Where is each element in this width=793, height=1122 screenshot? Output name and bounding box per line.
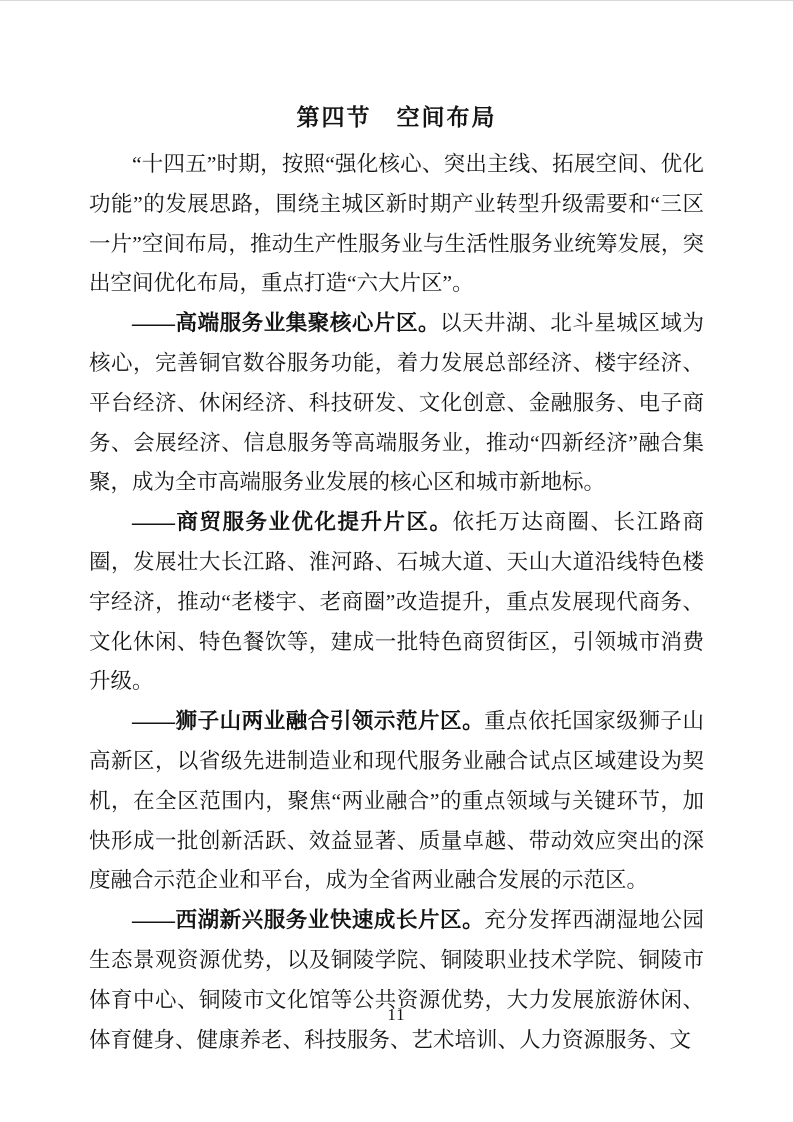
paragraph-lead: ——狮子山两业融合引领示范片区。 (132, 709, 484, 733)
paragraph-intro: “十四五”时期，按照“强化核心、突出主线、拓展空间、优化功能”的发展思路，围绕主… (89, 145, 704, 304)
paragraph-text: 以天井湖、北斗星城区域为核心，完善铜官数谷服务功能，着力发展总部经济、楼宇经济、… (89, 311, 704, 494)
paragraph-lead: ——商贸服务业优化提升片区。 (132, 510, 452, 534)
paragraph-text: 依托万达商圈、长江路商圈，发展壮大长江路、淮河路、石城大道、天山大道沿线特色楼宇… (89, 510, 704, 693)
paragraph-text: 重点依托国家级狮子山高新区，以省级先进制造业和现代服务业融合试点区域建设为契机，… (89, 709, 704, 892)
paragraph-lead: ——西湖新兴服务业快速成长片区。 (132, 908, 484, 932)
paragraph-high-end-services: ——高端服务业集聚核心片区。以天井湖、北斗星城区域为核心，完善铜官数谷服务功能，… (89, 304, 704, 503)
section-title: 第四节 空间布局 (89, 101, 704, 135)
paragraph-commerce-services: ——商贸服务业优化提升片区。依托万达商圈、长江路商圈，发展壮大长江路、淮河路、石… (89, 503, 704, 702)
paragraph-text: “十四五”时期，按照“强化核心、突出主线、拓展空间、优化功能”的发展思路，围绕主… (89, 152, 704, 295)
paragraph-xihu-emerging-services: ——西湖新兴服务业快速成长片区。充分发挥西湖湿地公园生态景观资源优势，以及铜陵学… (89, 901, 704, 1060)
document-page: 第四节 空间布局 “十四五”时期，按照“强化核心、突出主线、拓展空间、优化功能”… (0, 0, 793, 1122)
page-number: 11 (0, 1005, 793, 1025)
paragraph-lead: ——高端服务业集聚核心片区。 (132, 311, 440, 335)
paragraph-shizishan-integration: ——狮子山两业融合引领示范片区。重点依托国家级狮子山高新区，以省级先进制造业和现… (89, 702, 704, 901)
page-content: 第四节 空间布局 “十四五”时期，按照“强化核心、突出主线、拓展空间、优化功能”… (89, 101, 704, 1060)
